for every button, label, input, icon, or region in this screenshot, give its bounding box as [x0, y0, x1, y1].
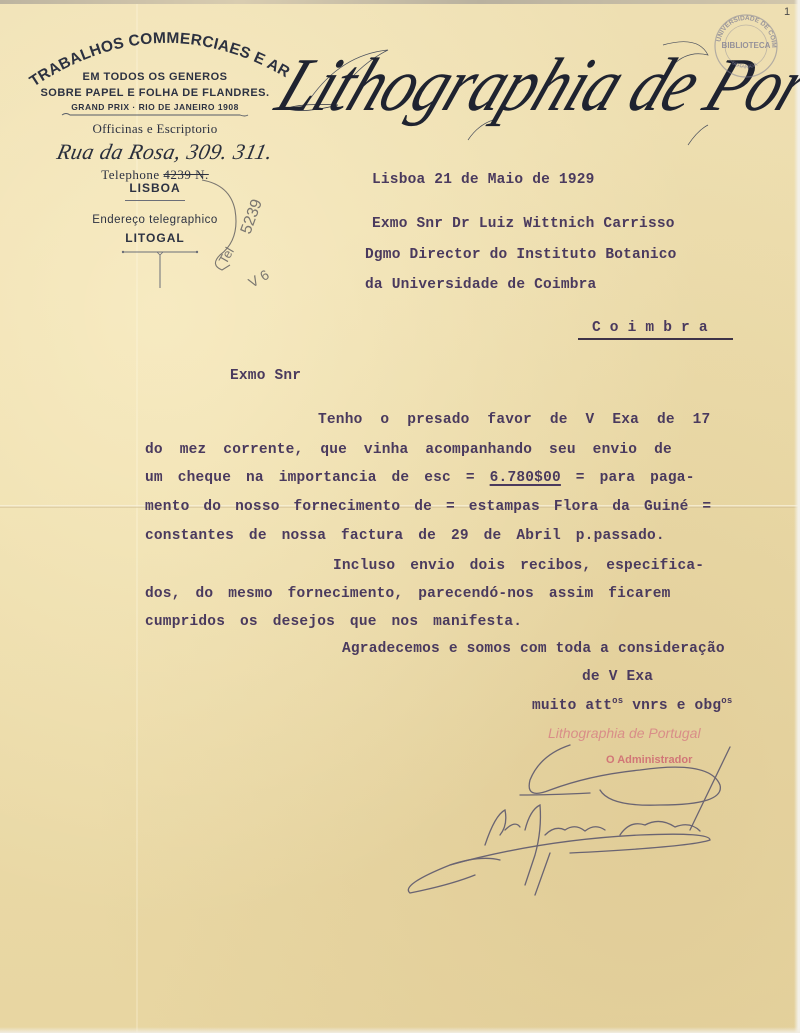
destination-underline: [578, 338, 733, 340]
svg-text:5239: 5239: [238, 197, 266, 236]
letterhead-separator: [125, 200, 185, 201]
closing-line: muito attos vnrs e obgos: [532, 696, 732, 714]
letterhead-award: GRAND PRIX · RIO DE JANEIRO 1908: [40, 102, 270, 112]
pencil-annotations: 5239 Tel V 6: [200, 160, 290, 295]
body-line: cumpridos os desejos que nos manifesta.: [145, 614, 522, 630]
body-line: um cheque na importancia de esc = 6.780$…: [145, 470, 695, 486]
svg-text:BIBLIOTECA: BIBLIOTECA: [722, 41, 771, 50]
svg-text:BOTANICA: BOTANICA: [730, 60, 758, 70]
body-line: constantes de nossa factura de 29 de Abr…: [145, 528, 665, 544]
recipient-line-2: Dgmo Director do Instituto Botanico: [365, 247, 677, 263]
body-line: mento do nosso fornecimento de = estampa…: [145, 499, 711, 515]
svg-text:Tel: Tel: [216, 245, 237, 267]
salutation: Exmo Snr: [230, 368, 301, 384]
telephone-label: Telephone: [101, 167, 159, 182]
body-line: Incluso envio dois recibos, especifica-: [333, 558, 704, 574]
body-line: do mez corrente, que vinha acompanhando …: [145, 442, 672, 458]
body-line: Tenho o presado favor de V Exa de 17: [318, 412, 710, 428]
cheque-amount: 6.780$00: [490, 470, 561, 486]
handwritten-signature: [390, 735, 750, 900]
body-line: dos, do mesmo fornecimento, parecendó-no…: [145, 586, 671, 602]
closing-line: de V Exa: [582, 669, 653, 685]
place-and-date: Lisboa 21 de Maio de 1929: [372, 172, 595, 188]
recipient-line-3: da Universidade de Coimbra: [365, 277, 596, 293]
paper-top-edge: [0, 0, 800, 4]
letterhead-materials: SOBRE PAPEL E FOLHA DE FLANDRES.: [40, 87, 270, 99]
svg-text:V 6: V 6: [246, 266, 272, 290]
paper-bottom-edge: [0, 1027, 800, 1033]
paper-right-edge: [794, 0, 800, 1033]
letterhead-genres: EM TODOS OS GENEROS: [40, 71, 270, 83]
library-stamp: UNIVERSIDADE DE COIMBRA BIBLIOTECA BOTAN…: [710, 8, 782, 80]
destination-city: C o i m b r a: [592, 320, 708, 336]
recipient-line-1: Exmo Snr Dr Luiz Wittnich Carrisso: [372, 216, 675, 232]
letterhead-offices: Officinas e Escriptorio: [40, 121, 270, 137]
letterhead-flourish: [60, 112, 250, 118]
closing-line: Agradecemos e somos com toda a considera…: [342, 641, 725, 657]
page-number: 1: [784, 6, 790, 18]
letterhead-tee-ornament: [120, 248, 200, 294]
